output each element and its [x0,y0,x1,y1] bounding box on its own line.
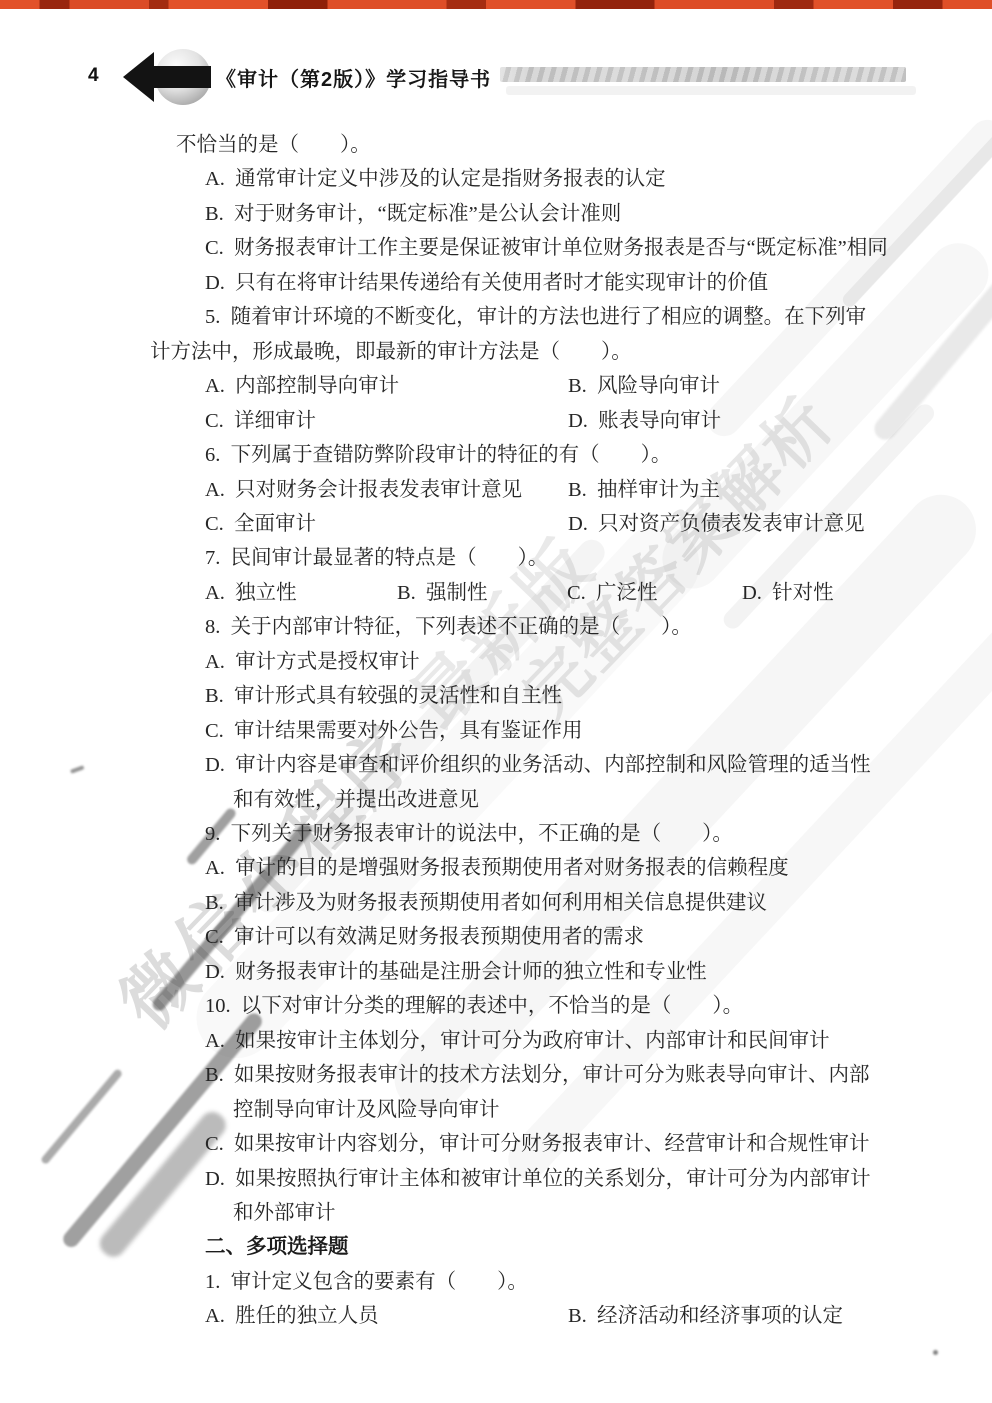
text-line: 和有效性，并提出改进意见 [233,783,479,817]
text-line: A. 内部控制导向审计B. 风险导向审计 [0,369,992,403]
text-line: C. 财务报表审计工作主要是保证被审计单位财务报表是否与“既定标准”相同 [205,231,888,265]
text-line: 9. 下列关于财务报表审计的说法中，不正确的是（ ）。 [205,817,733,851]
text-line: C. 详细审计D. 账表导向审计 [0,404,992,438]
option-text: B. 强制性 [397,576,488,610]
text-line: 不恰当的是（ ）。 [176,128,371,162]
page-number: 4 [88,65,99,87]
option-text: D. 针对性 [742,576,834,610]
option-text: A. 胜任的独立人员 [205,1299,379,1333]
text-line: 5. 随着审计环境的不断变化，审计的方法也进行了相应的调整。在下列审 [205,300,866,334]
text-line: B. 审计涉及为财务报表预期使用者如何利用相关信息提供建议 [205,886,767,920]
text-line: D. 如果按照执行审计主体和被审计单位的关系划分，审计可分为内部审计 [205,1162,871,1196]
option-text: D. 账表导向审计 [568,404,721,438]
text-line: A. 独立性B. 强制性C. 广泛性D. 针对性 [0,576,992,610]
text-line: 控制导向审计及风险导向审计 [233,1093,500,1127]
text-line: 8. 关于内部审计特征，下列表述不正确的是（ ）。 [205,610,692,644]
text-line: C. 全面审计D. 只对资产负债表发表审计意见 [0,507,992,541]
option-text: A. 独立性 [205,576,297,610]
text-line: A. 如果按审计主体划分，审计可分为政府审计、内部审计和民间审计 [205,1024,830,1058]
text-line: 7. 民间审计最显著的特点是（ ）。 [205,541,548,575]
text-line: A. 只对财务会计报表发表审计意见B. 抽样审计为主 [0,473,992,507]
book-title: 《审计（第2版）》学习指导书 [216,63,491,92]
option-text: B. 抽样审计为主 [568,473,720,507]
text-line: 1. 审计定义包含的要素有（ ）。 [205,1265,528,1299]
text-line: D. 审计内容是审查和评价组织的业务活动、内部控制和风险管理的适当性 [205,748,871,782]
text-line: A. 胜任的独立人员B. 经济活动和经济事项的认定 [0,1299,992,1333]
text-line: B. 如果按财务报表审计的技术方法划分，审计可分为账表导向审计、内部 [205,1058,870,1092]
text-line: A. 审计方式是授权审计 [205,645,420,679]
option-text: B. 风险导向审计 [568,369,720,403]
option-text: A. 只对财务会计报表发表审计意见 [205,473,522,507]
header-rule [500,67,906,82]
text-line: A. 审计的目的是增强财务报表预期使用者对财务报表的信赖程度 [205,851,789,885]
text-line: 和外部审计 [233,1196,336,1230]
text-line: B. 审计形式具有较强的灵活性和自主性 [205,679,562,713]
text-line: 二、多项选择题 [205,1230,349,1264]
cropped-red-banner [0,0,992,9]
scan-smudge [40,1068,123,1165]
text-line: D. 只有在将审计结果传递给有关使用者时才能实现审计的价值 [205,266,768,300]
text-line: 计方法中，形成最晚，即最新的审计方法是（ ）。 [150,335,632,369]
option-text: C. 全面审计 [205,507,316,541]
text-line: B. 对于财务审计，“既定标准”是公认会计准则 [205,197,621,231]
option-text: A. 内部控制导向审计 [205,369,399,403]
option-text: C. 详细审计 [205,404,316,438]
text-line: C. 审计可以有效满足财务报表预期使用者的需求 [205,920,644,954]
text-line: C. 审计结果需要对外公告，具有鉴证作用 [205,714,583,748]
text-line: 6. 下列属于查错防弊阶段审计的特征的有（ ）。 [205,438,671,472]
header-rule-shadow [506,86,916,95]
option-text: C. 广泛性 [567,576,658,610]
scan-dot [933,1350,938,1355]
text-line: 10. 以下对审计分类的理解的表述中，不恰当的是（ ）。 [205,989,743,1023]
option-text: B. 经济活动和经济事项的认定 [568,1299,843,1333]
scanned-book-page: 微信小程序 最新版 完整答案解析 4 《审计（第2版）》学习指导书 不恰当的是（… [0,0,992,1403]
back-arrow-icon [123,48,213,106]
text-line: D. 财务报表审计的基础是注册会计师的独立性和专业性 [205,955,707,989]
scan-smudge [70,765,85,774]
text-line: A. 通常审计定义中涉及的认定是指财务报表的认定 [205,162,666,196]
option-text: D. 只对资产负债表发表审计意见 [568,507,865,541]
text-line: C. 如果按审计内容划分，审计可分财务报表审计、经营审计和合规性审计 [205,1127,870,1161]
